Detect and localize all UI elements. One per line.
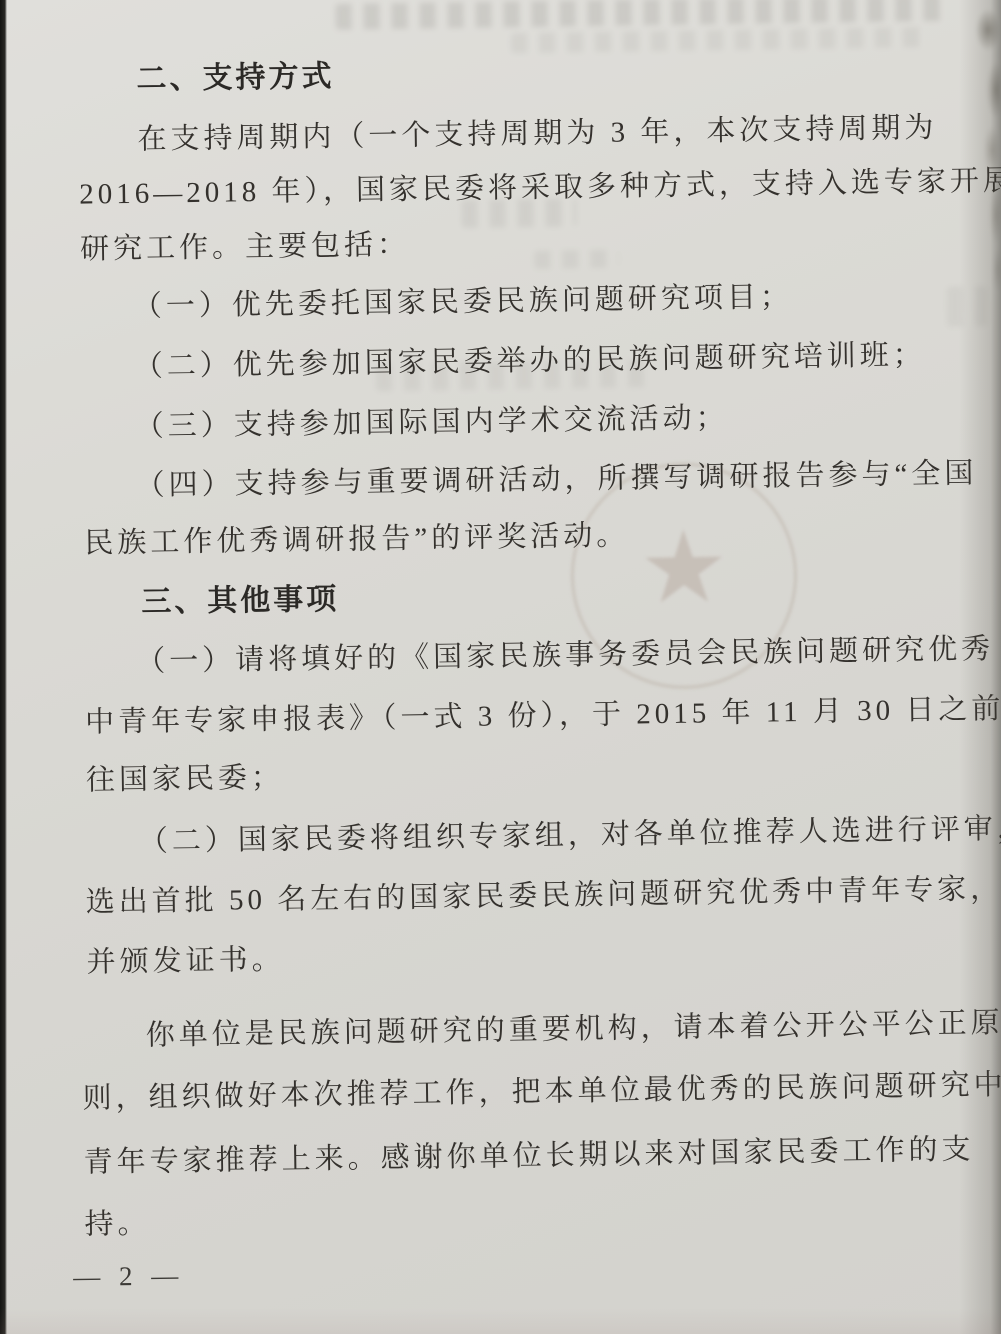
photo-left-edge — [0, 0, 7, 1334]
text-line: 在支持周期内（一个支持周期为 3 年，本次支持周期为 — [137, 105, 938, 158]
bleedthrough-smudge — [511, 27, 931, 53]
photo-bottom-tint — [0, 1308, 1001, 1334]
text-line: 研究工作。主要包括： — [80, 222, 411, 268]
text-line: 2016—2018 年），国家民委将采取多种方式，支持入选专家开展 — [79, 158, 1001, 213]
section-heading-3: 三、其他事项 — [141, 574, 340, 621]
text-line: 往国家民委； — [86, 755, 285, 799]
list-item: （四）支持参与重要调研活动，所撰写调研报告参与“全国 — [135, 450, 977, 503]
list-item: （一）优先委托国家民委民族问题研究项目； — [133, 274, 794, 325]
page-number: — 2 — — [73, 1260, 184, 1293]
text-line: 持。 — [84, 1201, 151, 1243]
list-item: （一）请将填好的《国家民族事务委员会民族问题研究优秀 — [136, 626, 995, 680]
text-line: 并颁发证书。 — [86, 937, 285, 981]
photo-right-edge-shadow — [959, 0, 1001, 1334]
star-icon: ★ — [638, 517, 729, 618]
section-heading-2: 二、支持方式 — [136, 51, 335, 98]
text-line: 则，组织做好本次推荐工作，把本单位最优秀的民族问题研究中 — [82, 1062, 1001, 1117]
bleedthrough-smudge — [534, 250, 619, 269]
document-photo: ★ 二、支持方式 在支持周期内（一个支持周期为 3 年，本次支持周期为 2016… — [0, 0, 1001, 1334]
text-line: 民族工作优秀调研报告”的评奖活动。 — [84, 513, 629, 562]
text-line: 你单位是民族问题研究的重要机构，请本着公开公平公正原 — [145, 1000, 1001, 1054]
list-item: （二）国家民委将组织专家组，对各单位推荐人选进行评审， — [139, 806, 1001, 860]
list-item: （三）支持参加国际国内学术交流活动； — [134, 395, 729, 445]
text-line: 选出首批 50 名左右的国家民委民族问题研究优秀中青年专家， — [85, 866, 1001, 921]
list-item: （二）优先参加国家民委举办的民族问题研究培训班； — [133, 332, 926, 385]
text-line: 青年专家推荐上来。感谢你单位长期以来对国家民委工作的支 — [83, 1126, 975, 1180]
bleedthrough-smudge — [335, 0, 950, 30]
text-line: 中青年专家申报表》（一式 3 份），于 2015 年 11 月 30 日之前寄 — [85, 686, 1001, 741]
document-text-layer: ★ 二、支持方式 在支持周期内（一个支持周期为 3 年，本次支持周期为 2016… — [0, 0, 1001, 1334]
